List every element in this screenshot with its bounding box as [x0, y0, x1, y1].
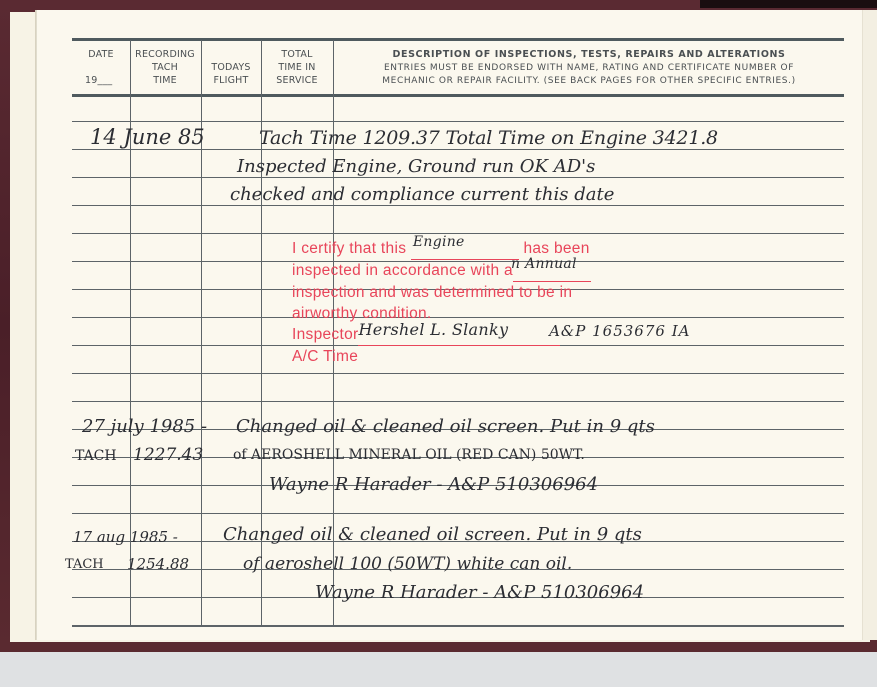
entry-3-tach-label: TACH [65, 557, 104, 572]
entry-3-line-2: of aeroshell 100 (50WT) white can oil. [243, 554, 572, 574]
component-blank: Engine [411, 238, 519, 260]
ruled-line [72, 121, 844, 122]
entry-1-line-2: Inspected Engine, Ground run OK AD's [237, 156, 595, 177]
entry-2-tach-label: TACH [75, 448, 117, 464]
entry-3-signature: Wayne R Harader - A&P 510306964 [315, 582, 644, 603]
entry-2-line-2: of AEROSHELL MINERAL OIL (RED CAN) 50WT. [233, 447, 585, 463]
inspection-type-blank: n Annual [513, 260, 591, 282]
header-total-time-in-service: TOTAL TIME IN SERVICE [261, 48, 333, 87]
inspector-certificate-number: A&P 1653676 IA [549, 322, 690, 340]
entry-3-tach-value: 1254.88 [127, 555, 189, 573]
entry-1-date: 14 June 85 [90, 125, 205, 149]
entry-3-line-1: Changed oil & cleaned oil screen. Put in… [223, 524, 642, 545]
entry-2-date: 27 july 1985 - [82, 416, 207, 437]
header-date: DATE 19___ [73, 48, 129, 87]
inspector-signature-blank: Hershel L. Slanky [358, 324, 560, 346]
entry-2-line-1: Changed oil & cleaned oil screen. Put in… [236, 416, 655, 437]
ruled-line [72, 513, 844, 514]
ruled-line [72, 625, 844, 627]
ruled-line [72, 205, 844, 206]
logbook-page: DATE 19___ RECORDING TACH TIME TODAYS FL… [36, 10, 877, 640]
entry-2-signature: Wayne R Harader - A&P 510306964 [269, 474, 598, 495]
cover-shadow [700, 0, 877, 8]
entry-2-tach-value: 1227.43 [133, 445, 203, 465]
entry-1-line-1: Tach Time 1209.37 Total Time on Engine 3… [259, 127, 718, 149]
header-bottom-rule [72, 94, 844, 97]
entry-3-date: 17 aug 1985 - [73, 528, 178, 546]
scanner-background [0, 652, 877, 687]
header-todays-flight: TODAYS FLIGHT [201, 61, 261, 87]
ruled-line [72, 177, 844, 178]
page-edge [862, 10, 877, 640]
ruled-line [72, 373, 844, 374]
header-top-rule [72, 38, 844, 41]
header-description: DESCRIPTION OF INSPECTIONS, TESTS, REPAI… [334, 48, 844, 88]
ruled-line [72, 401, 844, 402]
entry-1-line-3: checked and compliance current this date [230, 184, 614, 205]
header-recording-tach-time: RECORDING TACH TIME [130, 48, 200, 87]
ruled-line [72, 149, 844, 150]
certification-stamp: I certify that this Engine has been insp… [292, 238, 706, 367]
